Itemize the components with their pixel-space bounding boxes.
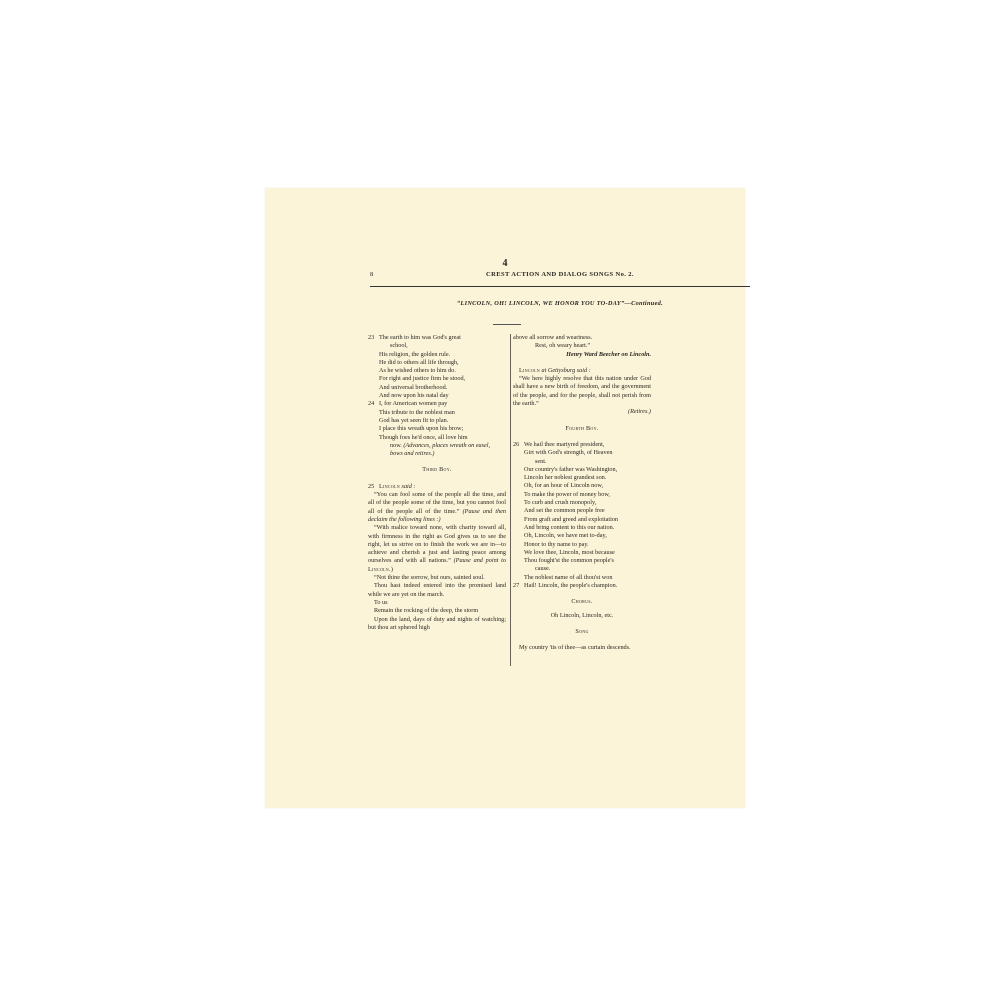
verse-number: 23 [368, 334, 379, 342]
verse-line: The earth to him was God's great [379, 334, 461, 341]
quote-paragraph: “We here highly resolve that this nation… [513, 375, 651, 408]
left-column: 23The earth to him was God's great schoo… [368, 334, 506, 632]
verse-number: 26 [513, 441, 524, 449]
verse-number: 25 [368, 483, 379, 491]
stage-direction-name: Lincoln.) [368, 566, 393, 573]
verse-line: Hail! Lincoln, the people's champion. [524, 582, 617, 589]
verse-line: And bring content to this our nation. [513, 524, 651, 532]
verse-line: We hail thee martyred president, [524, 441, 604, 448]
speaker-name: Lincoln [379, 483, 400, 490]
page-number: 4 [265, 258, 745, 269]
verse-line: And set the common people free [513, 507, 651, 515]
verse-line: I, for American women pay [379, 400, 447, 407]
continued-line: Rest, oh weary heart.” [513, 342, 651, 350]
chorus-text: Oh Lincoln, Lincoln, etc. [513, 612, 651, 620]
header-rule [370, 286, 750, 287]
verse-line: As he wished others to him do. [368, 367, 506, 375]
speaker-tail: said : [402, 483, 416, 490]
speaker-tail: at Gettysburg said : [542, 367, 591, 374]
quote-paragraph: Upon the land, days of duty and nights o… [368, 616, 506, 633]
stage-direction: (Pause and point to [454, 557, 506, 564]
song-title: “LINCOLN, OH! LINCOLN, WE HONOR YOU TO-D… [370, 300, 750, 307]
gettysburg-intro: Lincoln at Gettysburg said : [513, 367, 651, 375]
verse-line: Girt with God's strength, of Heaven [513, 449, 651, 457]
quote-paragraph: Remain the rocking of the deep, the stor… [368, 607, 506, 615]
verse-line: Oh, Lincoln, we have met to-day, [513, 532, 651, 540]
verse-line: And universal brotherhood. [368, 384, 506, 392]
verse-line: God has yet seen fit to plan. [368, 417, 506, 425]
verse-27-line: 27Hail! Lincoln, the people's champion. [513, 582, 651, 590]
verse-line: This tribute to the noblest man [368, 409, 506, 417]
verse-line: His religion, the golden rule. [368, 351, 506, 359]
verse-line: For right and justice firm he stood, [368, 375, 506, 383]
verse-line: To curb and crush monopoly, [513, 499, 651, 507]
verse-line: Thou fought'st the common people's [513, 557, 651, 565]
title-rule [493, 324, 521, 325]
section-heading-chorus: Chorus. [513, 598, 651, 606]
verse-line: To make the power of money bow, [513, 491, 651, 499]
verse-26-line: 26We hail thee martyred president, [513, 441, 651, 449]
quote-paragraph: “You can fool some of the people all the… [368, 491, 506, 524]
verse-line-with-direction: now. (Advances, places wreath on easel, … [368, 442, 506, 459]
document-page: 4 8 CREST ACTION AND DIALOG SONGS No. 2.… [265, 188, 745, 808]
running-head-title: CREST ACTION AND DIALOG SONGS No. 2. [370, 271, 750, 278]
right-column: above all sorrow and weariness. Rest, oh… [513, 334, 651, 653]
verse-line: And now upon his natal day [368, 392, 506, 400]
verse-23-line: 23The earth to him was God's great [368, 334, 506, 342]
stage-direction: (Advances, places wreath on easel, bows … [390, 442, 490, 457]
verse-line: We love thee, Lincoln, most because [513, 549, 651, 557]
quote-paragraph: To us [368, 599, 506, 607]
stage-direction: (Retires.) [513, 408, 651, 416]
section-heading-fourth-boy: Fourth Boy. [513, 425, 651, 433]
song-text: My country 'tis of thee—as curtain desce… [513, 644, 651, 652]
column-divider [510, 334, 511, 666]
attribution: Henry Ward Beecher on Lincoln. [513, 351, 651, 359]
verse-line: sent. [513, 458, 651, 466]
quote-paragraph: “Not thine the sorrow, but ours, sainted… [368, 574, 506, 582]
verse-line: Our country's father was Washington, [513, 466, 651, 474]
verse-line: He did to others all life through, [368, 359, 506, 367]
verse-line: school, [368, 342, 506, 350]
verse-line: Honor to thy name to pay. [513, 541, 651, 549]
verse-number: 27 [513, 582, 524, 590]
quote-paragraph: Thou hast indeed entered into the promis… [368, 582, 506, 599]
verse-line: Though foes he'd once, all love him [368, 434, 506, 442]
section-heading-song: Song [513, 628, 651, 636]
quote-paragraph: “With malice toward none, with charity t… [368, 524, 506, 574]
continued-line: above all sorrow and weariness. [513, 334, 651, 342]
verse-line: cause. [513, 565, 651, 573]
verse-24-line: 24I, for American women pay [368, 400, 506, 408]
verse-number: 24 [368, 400, 379, 408]
verse-25-intro: 25Lincoln said : [368, 483, 506, 491]
verse-line: The noblest name of all thou'st won [513, 574, 651, 582]
verse-line: Lincoln her noblest grandest son. [513, 474, 651, 482]
verse-line: From graft and greed and exploitation [513, 516, 651, 524]
section-heading-third-boy: Third Boy. [368, 466, 506, 474]
speaker-name: Lincoln [519, 367, 540, 374]
verse-line: I place this wreath upon his brow; [368, 425, 506, 433]
verse-line: Oh, for an hour of Lincoln now, [513, 482, 651, 490]
verse-line: now. [390, 442, 402, 449]
